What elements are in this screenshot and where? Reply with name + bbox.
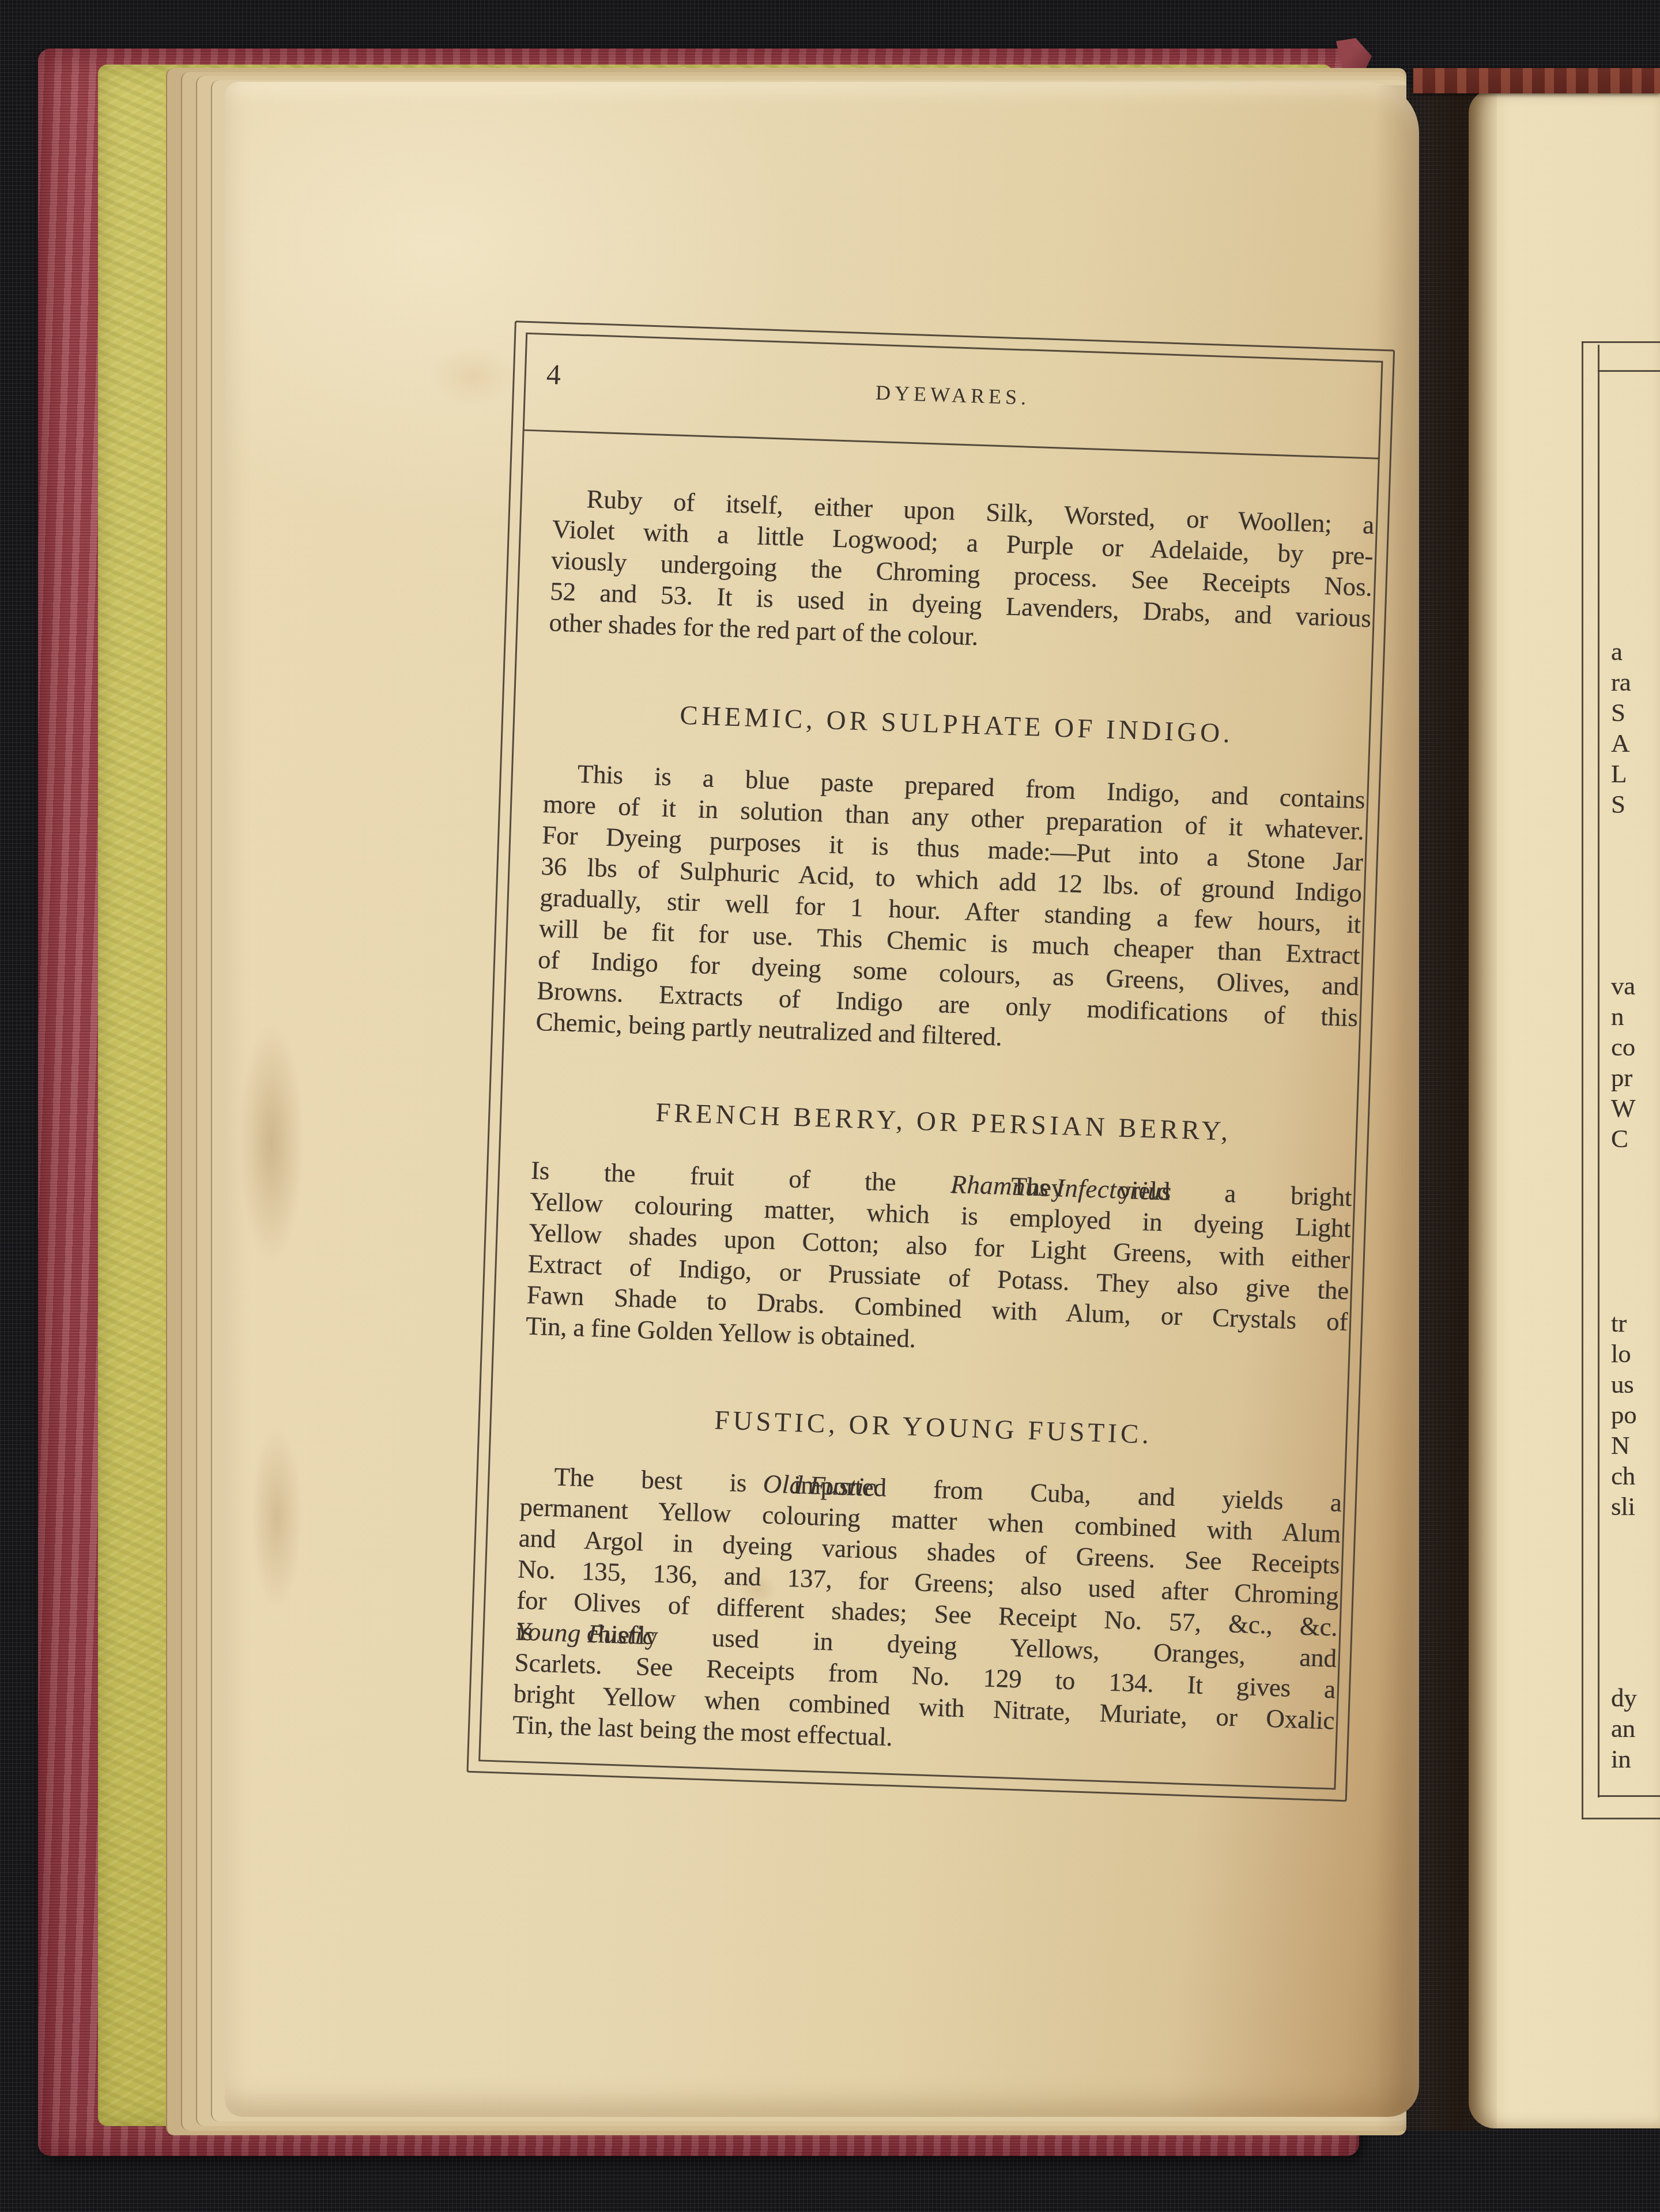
text-line: va <box>1611 971 1660 1001</box>
facing-page-border <box>1582 341 1660 343</box>
text-line: us <box>1611 1369 1660 1400</box>
text-line: dy <box>1611 1683 1660 1713</box>
text-line: pr <box>1611 1062 1660 1093</box>
text-line: ch <box>1611 1461 1660 1491</box>
text-line: S <box>1611 789 1660 820</box>
text-line: po <box>1611 1400 1660 1430</box>
right-board-edge <box>1413 68 1660 93</box>
facing-page-fragment: araSALS vancoprWC trlouspoNchsli dyanin <box>1469 90 1660 2128</box>
text-section: Is the fruit of the Rhamnus Infectorius.… <box>525 1155 1352 1369</box>
book-scan-photo: 4 DYEWARES. Ruby of itself, either upon … <box>0 0 1660 2212</box>
text-line: co <box>1611 1032 1660 1062</box>
text-line: A <box>1611 728 1660 759</box>
text-line: sli <box>1611 1491 1660 1522</box>
text-line: tr <box>1611 1308 1660 1339</box>
text-section: The best Old Fustic is imported from Cub… <box>512 1460 1342 1767</box>
foxing-stain <box>228 981 315 1304</box>
printed-area: 4 DYEWARES. Ruby of itself, either upon … <box>466 321 1395 1802</box>
facing-page-border <box>1598 1795 1660 1797</box>
text-line: an <box>1611 1713 1660 1744</box>
text-line: C <box>1611 1124 1660 1154</box>
facing-page-border <box>1582 1818 1660 1819</box>
facing-page-text-fragment: araSALS <box>1611 636 1660 820</box>
facing-page-text-fragment: dyanin <box>1611 1683 1660 1774</box>
facing-page-text-fragment: vancoprWC <box>1611 971 1660 1154</box>
facing-page-border <box>1582 341 1583 1819</box>
text-line: ra <box>1611 667 1660 698</box>
text-line: lo <box>1611 1339 1660 1369</box>
facing-page-border <box>1598 345 1599 1798</box>
facing-page-text-fragment: trlouspoNchsli <box>1611 1308 1660 1522</box>
text-section: Ruby of itself, either upon Silk, Worste… <box>549 482 1375 665</box>
foxing-stain <box>242 1396 311 1638</box>
left-page: 4 DYEWARES. Ruby of itself, either upon … <box>225 82 1419 2117</box>
facing-page-border <box>1598 370 1660 372</box>
text-line: N <box>1611 1430 1660 1461</box>
text-line: S <box>1611 698 1660 728</box>
text-line: n <box>1611 1001 1660 1032</box>
text-line: in <box>1611 1744 1660 1774</box>
text-line: W <box>1611 1093 1660 1124</box>
text-section: This is a blue paste prepared from Indig… <box>535 757 1365 1064</box>
text-line: L <box>1611 759 1660 789</box>
text-line: a <box>1611 636 1660 667</box>
